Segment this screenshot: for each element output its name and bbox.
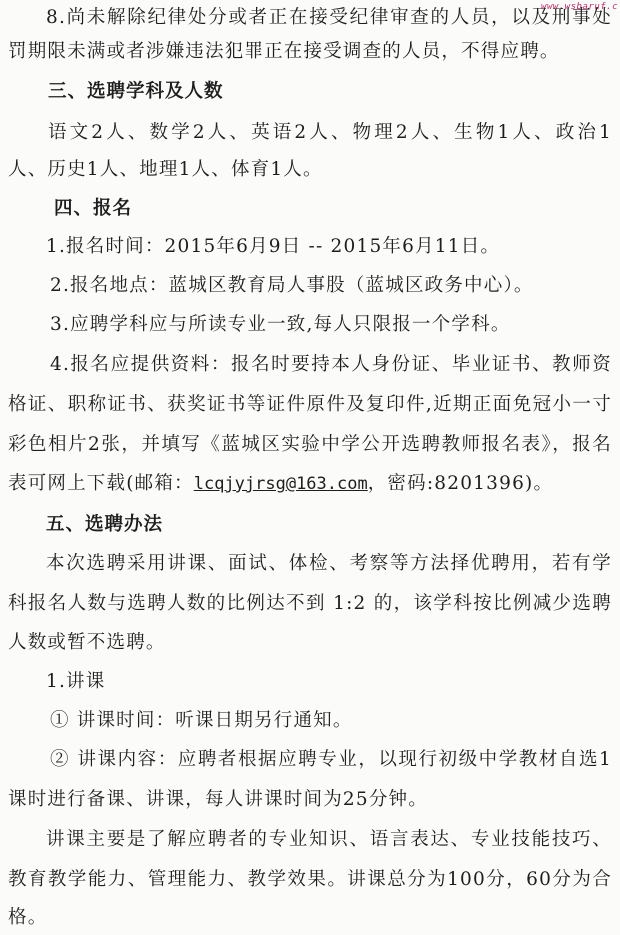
paragraph-line: 4.报名应提供资料：报名时要持本人身份证、毕业证书、教师资 bbox=[50, 353, 612, 377]
paragraph-line: 人数或暂不选聘。 bbox=[8, 631, 612, 655]
paragraph-line: 表可网上下载(邮箱：lcqjyjrsg@163.com，密码:8201396)。 bbox=[8, 472, 612, 496]
paragraph-line: ① 讲课时间：听课日期另行通知。 bbox=[50, 709, 612, 733]
document-page: www.wsbaruf.c 8.尚未解除纪律处分或者正在接受纪律审查的人员，以及… bbox=[0, 0, 620, 935]
text-before-email: 表可网上下载(邮箱： bbox=[8, 473, 194, 494]
text-after-email: ，密码:8201396)。 bbox=[368, 473, 553, 494]
email-link[interactable]: lcqjyjrsg@163.com bbox=[194, 474, 368, 494]
sub-heading: 1.讲课 bbox=[46, 670, 612, 694]
paragraph-line: 科报名人数与选聘人数的比例达不到 1:2 的，该学科按比例减少选聘 bbox=[8, 592, 612, 616]
paragraph-line: 格证、职称证书、获奖证书等证件原件及复印件,近期正面免冠小一寸 bbox=[8, 393, 612, 417]
paragraph-line: 教育教学能力、管理能力、教学效果。讲课总分为100分，60分为合 bbox=[8, 868, 612, 892]
paragraph-line: 本次选聘采用讲课、面试、体检、考察等方法择优聘用，若有学 bbox=[46, 552, 612, 576]
paragraph-line: 3.应聘学科应与所读专业一致,每人只限报一个学科。 bbox=[50, 313, 612, 337]
section-heading: 四、报名 bbox=[54, 197, 612, 221]
section-heading: 五、选聘办法 bbox=[46, 513, 612, 537]
paragraph-line: 人、历史1人、地理1人、体育1人。 bbox=[8, 158, 612, 182]
paragraph-line: 格。 bbox=[8, 906, 612, 930]
paragraph-line: 课时进行备课、讲课，每人讲课时间为25分钟。 bbox=[8, 788, 612, 812]
paragraph-line: 8.尚未解除纪律处分或者正在接受纪律审查的人员，以及刑事处 bbox=[46, 6, 612, 30]
paragraph-line: 2.报名地点：蓝城区教育局人事股（蓝城区政务中心）。 bbox=[50, 274, 612, 298]
paragraph-line: 罚期限未满或者涉嫌违法犯罪正在接受调查的人员，不得应聘。 bbox=[8, 40, 612, 64]
section-heading: 三、选聘学科及人数 bbox=[48, 80, 612, 104]
paragraph-line: ② 讲课内容：应聘者根据应聘专业，以现行初级中学教材自选1 bbox=[50, 748, 612, 772]
paragraph-line: 语文2人、数学2人、英语2人、物理2人、生物1人、政治1 bbox=[48, 121, 612, 145]
paragraph-line: 讲课主要是了解应聘者的专业知识、语言表达、专业技能技巧、 bbox=[46, 828, 612, 852]
paragraph-line: 彩色相片2张，并填写《蓝城区实验中学公开选聘教师报名表》，报名 bbox=[8, 433, 612, 457]
paragraph-line: 1.报名时间：2015年6月9日 -- 2015年6月11日。 bbox=[46, 235, 612, 259]
